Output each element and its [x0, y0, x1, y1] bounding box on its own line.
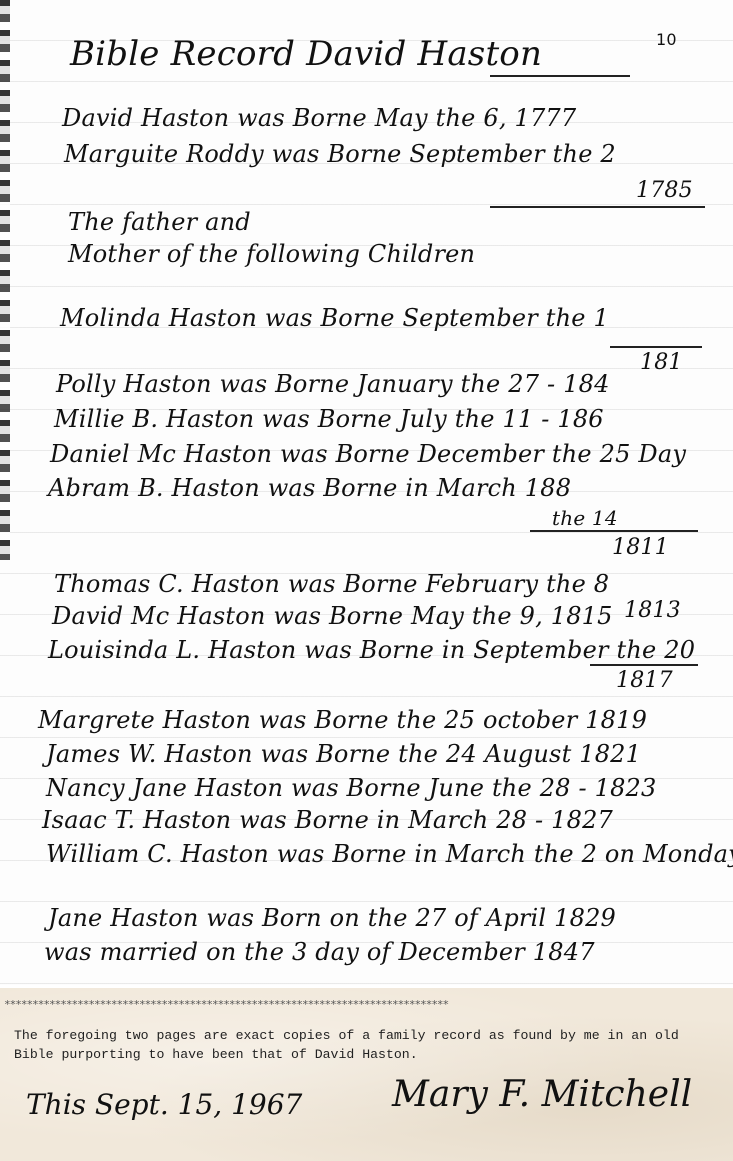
divider-rule — [610, 346, 702, 348]
record-line-child: James W. Haston was Borne the 24 August … — [46, 740, 641, 768]
record-line-child: Millie B. Haston was Borne July the 11 -… — [54, 405, 604, 433]
record-year: 1811 — [612, 535, 669, 560]
record-line-child: David Mc Haston was Borne May the 9, 181… — [52, 602, 613, 630]
closing-line-1: Jane Haston was Born on the 27 of April … — [48, 904, 616, 932]
divider-rule — [490, 206, 705, 208]
record-line-child: Abram B. Haston was Borne in March 188 — [48, 474, 571, 502]
page-title: Bible Record David Haston — [70, 34, 542, 74]
typed-divider: ****************************************… — [4, 998, 716, 1011]
record-year: 1813 — [624, 598, 681, 623]
record-line-child: Nancy Jane Haston was Borne June the 28 … — [46, 774, 656, 802]
record-line-child: Polly Haston was Borne January the 27 - … — [56, 370, 610, 398]
record-line-child: Molinda Haston was Borne September the 1 — [60, 304, 609, 332]
page-binding-edge — [0, 0, 10, 560]
intro-line-2: Mother of the following Children — [68, 240, 475, 268]
record-line-child: Thomas C. Haston was Borne February the … — [54, 570, 609, 598]
record-line-parent-mother: Marguite Roddy was Borne September the 2 — [64, 140, 616, 168]
title-underline — [490, 75, 630, 77]
intro-line-1: The father and — [68, 208, 251, 236]
attestation-text: The foregoing two pages are exact copies… — [14, 1026, 714, 1064]
divider-rule — [590, 664, 698, 666]
handwritten-bible-record-page: Bible Record David Haston 10 David Hasto… — [0, 0, 733, 985]
attestation-panel: ****************************************… — [0, 988, 733, 1161]
record-year: 181 — [640, 350, 683, 375]
record-line-child: William C. Haston was Borne in March the… — [46, 840, 733, 868]
record-line-child: Daniel Mc Haston was Borne December the … — [50, 440, 686, 468]
record-year: 1817 — [616, 668, 673, 693]
record-year-mother: 1785 — [636, 178, 693, 203]
attestation-signature: Mary F. Mitchell — [392, 1074, 692, 1115]
record-line-child: Isaac T. Haston was Borne in March 28 - … — [42, 806, 613, 834]
record-extra: the 14 — [552, 506, 618, 530]
attestation-date: This Sept. 15, 1967 — [26, 1088, 302, 1121]
record-line-parent-father: David Haston was Borne May the 6, 1777 — [62, 104, 576, 132]
divider-rule — [530, 530, 698, 532]
closing-line-2: was married on the 3 day of December 184… — [44, 938, 595, 966]
page-number: 10 — [656, 30, 677, 49]
record-line-child: Louisinda L. Haston was Borne in Septemb… — [48, 636, 695, 664]
record-line-child: Margrete Haston was Borne the 25 october… — [38, 706, 647, 734]
